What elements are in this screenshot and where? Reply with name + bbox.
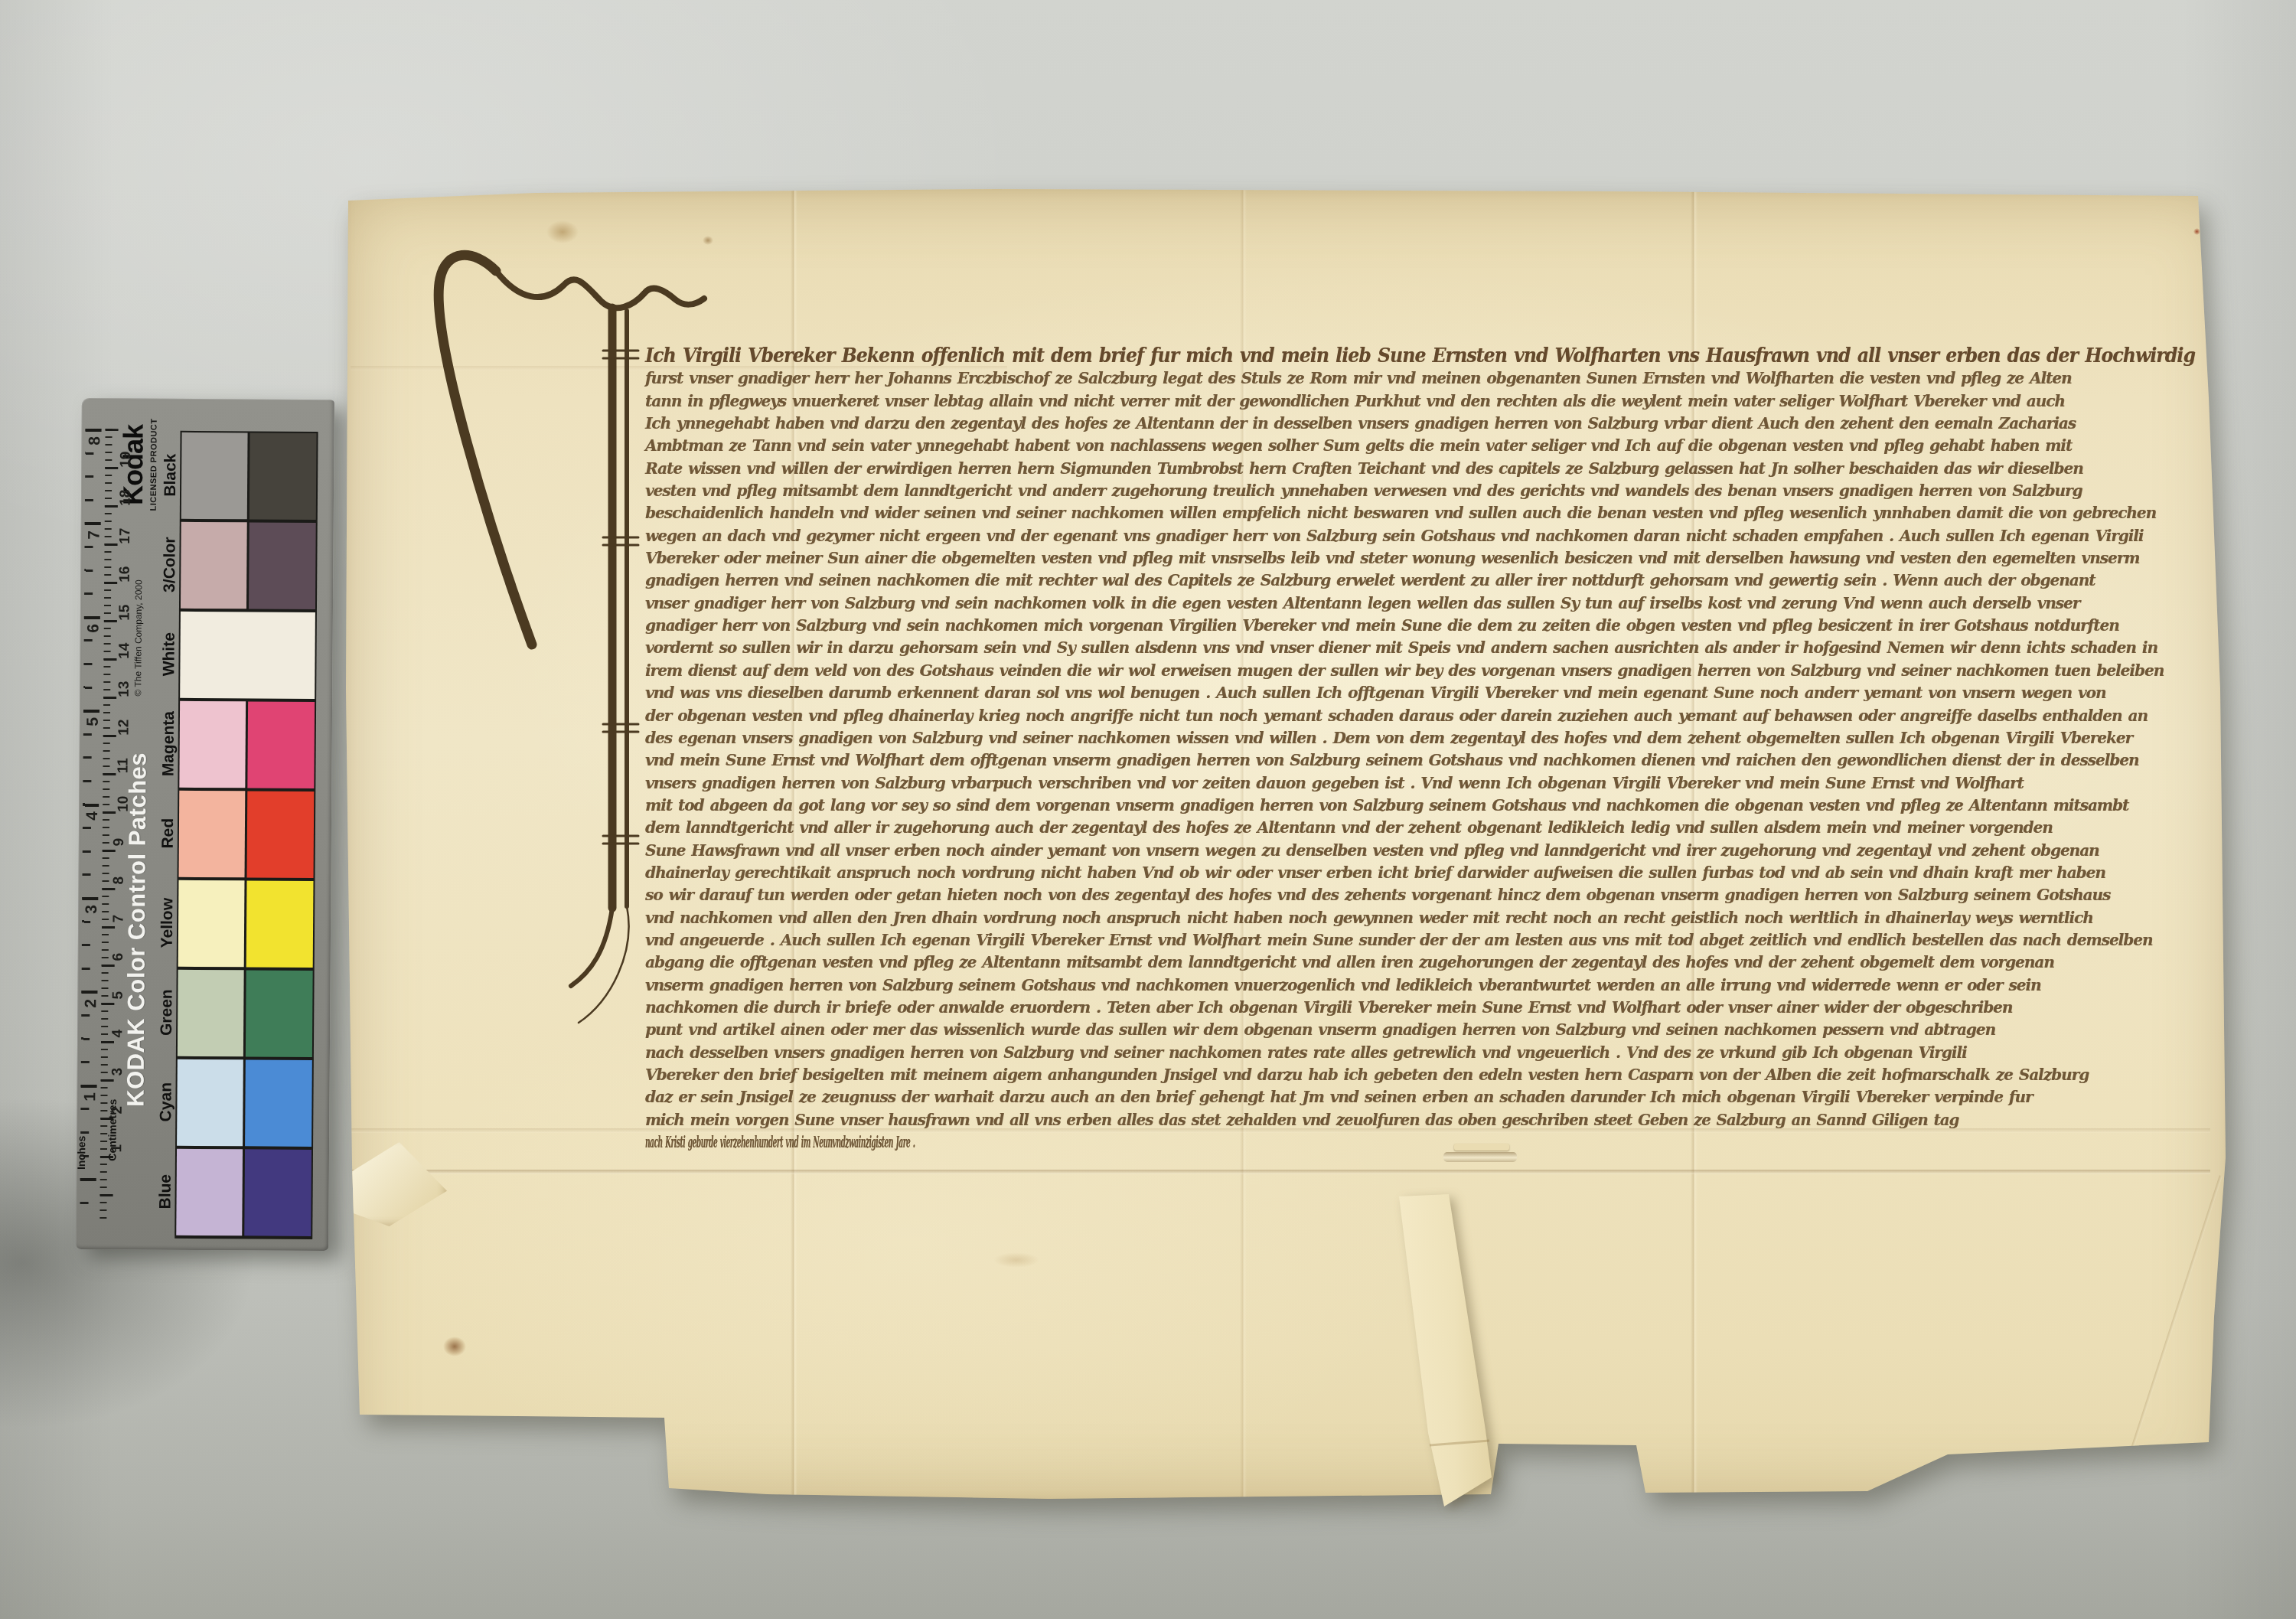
ruler-cm-number-14: 14 <box>116 643 133 659</box>
patch-magenta-strong <box>247 701 315 788</box>
patch-label-green: Green <box>158 978 177 1047</box>
patch-label-white: White <box>160 620 179 689</box>
patch-label-blue: Blue <box>156 1157 175 1226</box>
ruler-cm-number-6: 6 <box>110 953 127 961</box>
patch-green-strong <box>246 970 313 1057</box>
charter-text-line: vnd nachkomen vnd allen den Jren dhain v… <box>645 907 2195 929</box>
ruler-inch-number-4: 4 <box>83 811 102 821</box>
patch-label-yellow: Yellow <box>158 889 178 958</box>
ruler-cm-number-13: 13 <box>116 681 133 697</box>
ruler-cm-number-4: 4 <box>109 1030 126 1038</box>
patch-cyan-light <box>177 1059 243 1147</box>
charter-text-line: beschaidenlich handeln vnd wider seinen … <box>645 502 2195 524</box>
stain <box>703 236 713 245</box>
patch-green-light <box>178 970 244 1057</box>
patch-black-light <box>181 432 248 520</box>
charter-text-line: vnd was vns dieselben darumb erkennent d… <box>645 682 2195 704</box>
charter-text-line: tann in pflegweys vnuerkeret vnser lebta… <box>645 390 2195 413</box>
charter-parchment-wrap: Ich Virgili Vbereker Bekenn offenlich mi… <box>343 188 2232 1503</box>
patch-white-wide <box>180 612 315 699</box>
ruler-cm-number-7: 7 <box>110 915 127 923</box>
ruler-inch-unit-label: Inches <box>75 1136 87 1170</box>
patch-yellow-strong <box>246 880 314 968</box>
charter-text-line: mit tod abgeen da got lang vor sey so si… <box>645 795 2195 817</box>
patch-label-black: Black <box>161 441 181 510</box>
patch-3/color-strong <box>249 522 316 609</box>
kodak-card-title: KODAK Color Control Patches <box>122 726 152 1132</box>
charter-text-line: nach desselben vnsers gnadigen herren vo… <box>645 1042 2195 1064</box>
color-patch-row-red <box>178 789 316 880</box>
color-patch-row-blue <box>174 1147 313 1238</box>
patch-label-magenta: Magenta <box>159 710 178 778</box>
kodak-color-control-card: Kodak LICENSED PRODUCT KODAK Color Contr… <box>76 398 334 1251</box>
kodak-copyright: © The Tiffen Company, 2000 <box>132 576 144 699</box>
ruler-cm-number-1: 1 <box>109 1144 126 1153</box>
ruler-inch-number-6: 6 <box>85 624 103 633</box>
charter-text-line: dem lanndtgericht vnd aller ir zugehorun… <box>645 817 2195 839</box>
charter-text-line: so wir darauf tun werden oder getan hiet… <box>645 884 2195 906</box>
ruler-inch-number-2: 2 <box>82 999 100 1008</box>
ruler-inch-number-7: 7 <box>85 530 103 540</box>
patch-red-light <box>179 791 246 878</box>
ruler-cm-number-8: 8 <box>111 876 128 885</box>
charter-text-line: Vbereker oder meiner Sun ainer die obgem… <box>645 547 2195 570</box>
charter-text-line: wegen an dach vnd gezymer nicht ergeen v… <box>645 525 2195 547</box>
patch-label-cyan: Cyan <box>157 1068 176 1137</box>
charter-text-line: punt vnd artikel ainen oder mer das wiss… <box>645 1019 2195 1041</box>
patch-label-red: Red <box>159 799 178 868</box>
ruler-cm-number-19: 19 <box>118 452 135 468</box>
charter-text-line: mich mein vorgen Sune vnser hausfrawn vn… <box>645 1109 2172 1131</box>
color-patch-row-color <box>179 521 318 611</box>
color-patch-row-magenta <box>178 700 316 790</box>
stain <box>443 1337 466 1356</box>
charter-text-line: Ich ynnegehabt haben vnd darzu den zegen… <box>645 413 2195 435</box>
color-patch-row-cyan <box>175 1058 314 1148</box>
charter-text-line: irem dienst auf dem veld von des Gotshau… <box>645 660 2195 682</box>
patch-black-strong <box>249 432 317 520</box>
charter-text-line: Sune Hawsfrawn vnd all vnser erben noch … <box>645 840 2195 862</box>
ruler-inch-number-3: 3 <box>83 905 101 914</box>
color-patch-grid <box>174 431 318 1239</box>
charter-text-line: vnsers gnadigen herren von Salzburg vrba… <box>645 772 2195 795</box>
charter-text-block: Ich Virgili Vbereker Bekenn offenlich mi… <box>645 345 2195 1154</box>
charter-text-line: abgang die offtgenan vesten vnd pfleg ze… <box>645 951 2195 974</box>
charter-text-line: vnd angeuerde . Auch sullen Ich egenan V… <box>645 929 2195 951</box>
ruler-cm-number-17: 17 <box>117 528 134 544</box>
patch-blue-light <box>176 1149 243 1236</box>
patch-label-color: 3/Color <box>161 530 180 599</box>
charter-text-line: der obgenan vesten vnd pfleg dhainerlay … <box>645 705 2195 727</box>
charter-parchment: Ich Virgili Vbereker Bekenn offenlich mi… <box>343 188 2232 1503</box>
red-wax-speck <box>2193 228 2200 235</box>
ruler-inch-major-ticks <box>80 429 101 1223</box>
color-patch-row-green <box>176 968 315 1059</box>
charter-text-line: vnserm gnadigen herren von Salzburg sein… <box>645 974 2195 997</box>
charter-text-line: dhainerlay gerechtikait anspruch noch vo… <box>645 862 2195 884</box>
ruler-cm-number-5: 5 <box>110 991 127 1000</box>
ruler-cm-number-9: 9 <box>111 838 128 847</box>
charter-text-line: Rate wissen vnd willen der erwirdigen he… <box>645 458 2195 480</box>
ruler-inch-number-1: 1 <box>81 1092 99 1102</box>
kodak-brand-sub: LICENSED PRODUCT <box>149 419 159 511</box>
charter-text-line: nach Kristi geburde vierzehenhundert vnd… <box>645 1131 1342 1154</box>
patch-cyan-strong <box>245 1059 312 1147</box>
ruler-cm-number-10: 10 <box>116 796 132 812</box>
ruler-inch-number-5: 5 <box>84 717 103 726</box>
charter-text-line: vordernt so sullen wir in darzu gehorsam… <box>645 637 2195 659</box>
ruler-cm-number-12: 12 <box>116 720 132 736</box>
charter-text-line: nachkomen die durch ir briefe oder anwal… <box>645 997 2195 1019</box>
ruler-cm-number-18: 18 <box>117 490 134 506</box>
patch-blue-strong <box>244 1149 311 1236</box>
charter-text-line: vnd mein Sune Ernst vnd Wolfhart dem off… <box>645 749 2195 772</box>
charter-text-line: gnadigen herren vnd seinen nachkomen die… <box>645 570 2195 592</box>
charter-text-line: Ambtman ze Tann vnd sein vater ynnegehab… <box>645 435 2195 457</box>
patch-red-strong <box>247 791 315 878</box>
stain <box>546 220 579 243</box>
ruler-cm-number-15: 15 <box>116 605 133 621</box>
ruler-inch-number-8: 8 <box>86 436 104 446</box>
charter-text-line: vnser gnadiger herr von Salzburg vnd sei… <box>645 592 2195 615</box>
patch-3/color-light <box>181 522 247 609</box>
color-patch-row-white <box>178 610 317 700</box>
ruler-cm-number-3: 3 <box>109 1068 126 1076</box>
charter-text-line: des egenan vnsers gnadigen von Salzburg … <box>645 727 2195 749</box>
plica-fold-crease <box>351 1170 2210 1174</box>
patch-magenta-light <box>179 701 246 788</box>
charter-text-line: furst vnser gnadiger herr her Johanns Er… <box>645 367 2195 390</box>
stain <box>993 1252 1039 1268</box>
charter-text-line: gnadiger herr von Salzburg vnd sein nach… <box>645 615 2195 637</box>
ruler-cm-number-16: 16 <box>117 566 134 583</box>
charter-text-line: Vbereker den brief besigelten mit meinem… <box>645 1064 2195 1086</box>
charter-text-line: daz er sein Jnsigel ze zeugnuss der warh… <box>645 1086 2195 1108</box>
ruler-cm-number-11: 11 <box>116 758 132 773</box>
color-patch-row-black <box>180 431 318 521</box>
charter-text-line: Ich Virgili Vbereker Bekenn offenlich mi… <box>645 345 2048 367</box>
charter-text-line: vesten vnd pfleg mitsambt dem lanndtgeri… <box>645 480 2195 502</box>
ruler-cm-number-2: 2 <box>109 1106 126 1115</box>
patch-yellow-light <box>178 880 245 968</box>
color-patch-row-yellow <box>177 879 315 969</box>
